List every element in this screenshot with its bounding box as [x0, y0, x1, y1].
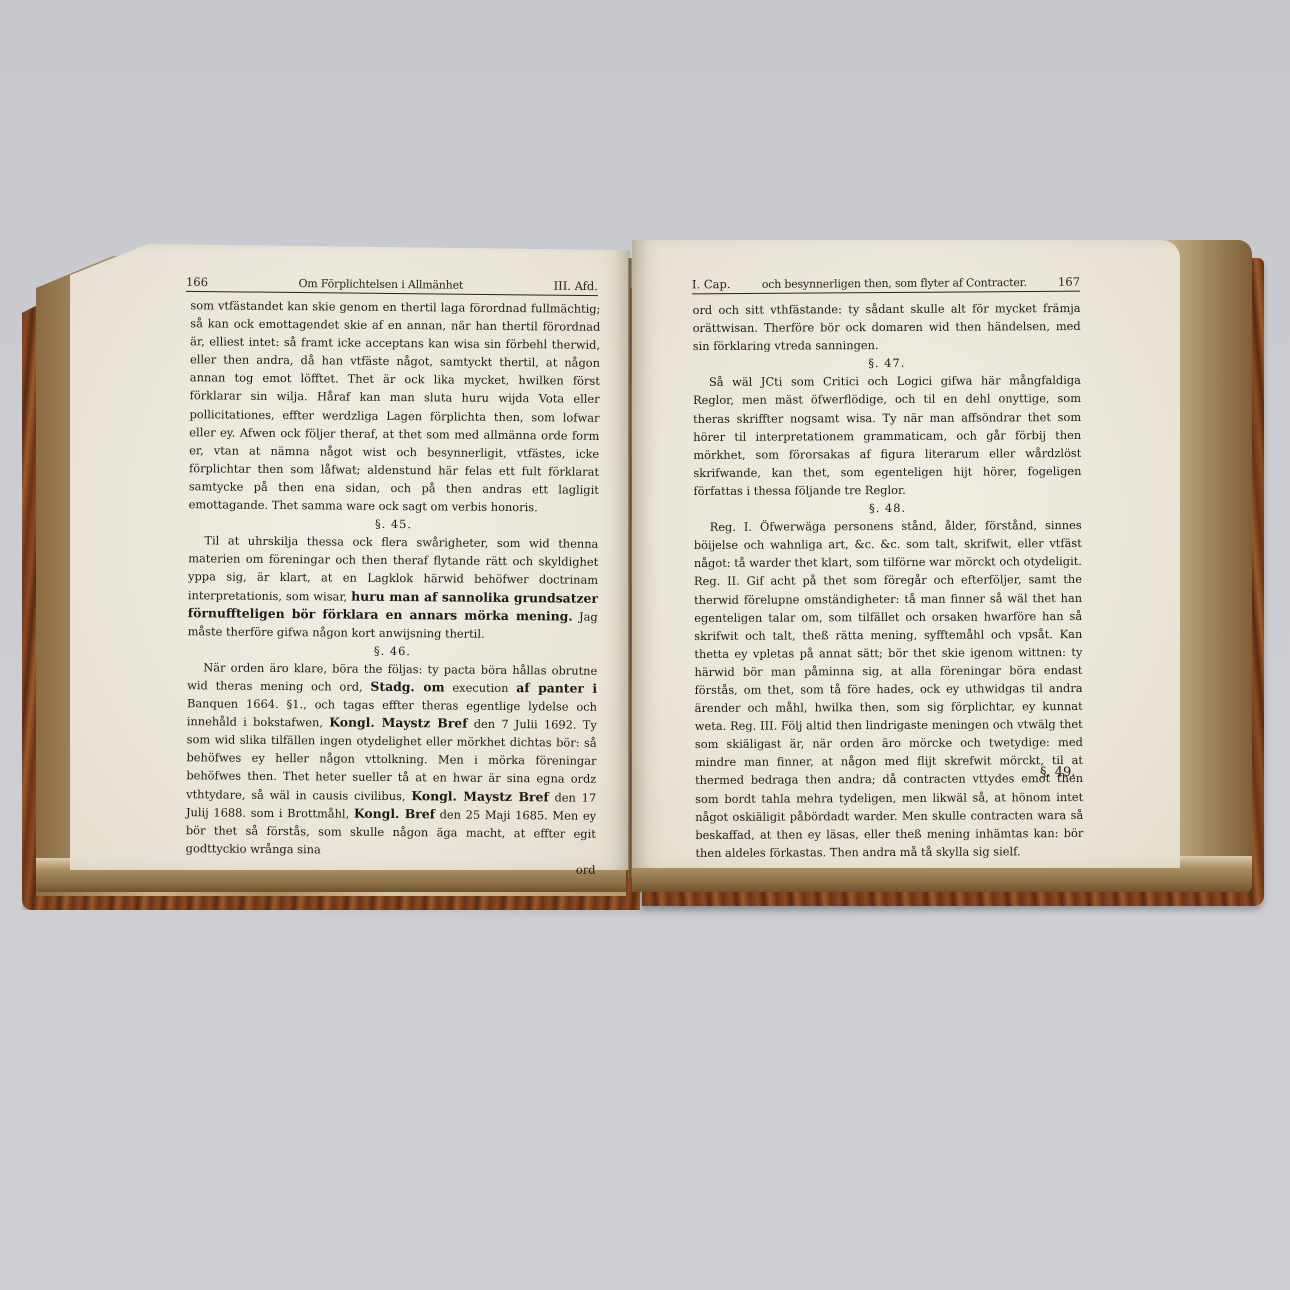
rule-label: Reg. I. — [710, 520, 752, 534]
left-page-body: som vtfästandet kan skie genom en therti… — [185, 296, 600, 879]
left-section-ref: III. Afd. — [554, 279, 598, 293]
right-running-head: I. Cap. och besynnerligen then, som flyt… — [692, 275, 1080, 295]
paragraph: ord och sitt vthfästande: ty sådant skul… — [693, 299, 1081, 355]
book-gutter — [628, 258, 632, 878]
right-catchword: §. 49. — [1040, 765, 1075, 780]
left-running-title: Om Förplichtelsen i Allmänhet — [298, 277, 463, 292]
paragraph: som vtfästandet kan skie genom en therti… — [189, 296, 601, 517]
right-page-body: ord och sitt vthfästande: ty sådant skul… — [693, 299, 1084, 862]
right-chapter-ref: I. Cap. — [692, 277, 731, 291]
paragraph-46: När orden äro klare, böra the följas: ty… — [186, 658, 598, 861]
legal-reference: Kongl. Maystz Bref — [329, 715, 467, 731]
legal-reference: af panter i — [516, 680, 597, 696]
paragraph-47: Så wäl JCti som Critici och Logici gifwa… — [693, 371, 1082, 500]
rule-label: Reg. III. — [730, 719, 777, 733]
right-page-number: 167 — [1058, 275, 1080, 289]
legal-reference: Kongl. Bref — [354, 805, 435, 821]
paragraph-45: Til at uhrskilja thessa ock flera swårig… — [188, 531, 599, 643]
left-page-number: 166 — [186, 275, 208, 289]
left-catchword: ord — [185, 857, 595, 879]
paragraph-48: Reg. I. Öfwerwäga personens stånd, ålder… — [694, 516, 1084, 862]
book-photo: ‑‑ ─ ‑‑‑ ‑‑ ‑‑‑‑ ‑‑ ‑ ‑‑ 166 Om Förplich… — [0, 0, 1290, 1290]
legal-reference: Kongl. Maystz Bref — [411, 788, 548, 804]
rule-label: Reg. II. — [694, 574, 740, 588]
right-running-title: och besynnerligen then, som flyter af Co… — [762, 276, 1027, 291]
section-mark-48: §. 48. — [694, 498, 1082, 518]
legal-reference: Stadg. om — [370, 679, 444, 695]
section-mark-47: §. 47. — [693, 353, 1081, 373]
